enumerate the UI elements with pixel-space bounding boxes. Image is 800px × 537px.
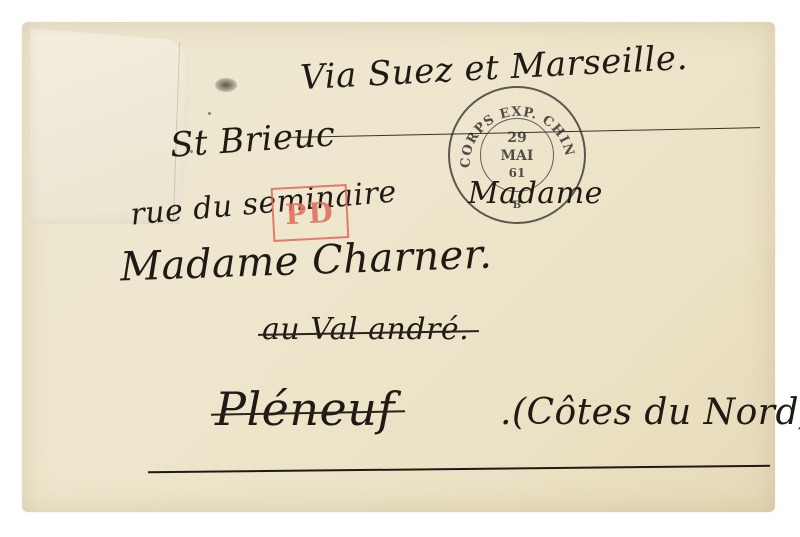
address-struck-val-andre: au Val andré. — [262, 312, 469, 347]
ink-speck — [208, 112, 211, 115]
address-department: .(Côtes du Nord) — [500, 392, 800, 433]
postmark-month: MAI — [480, 148, 554, 164]
ink-stain — [215, 78, 237, 92]
address-overwritten-madame: Madame — [468, 176, 603, 211]
address-struck-pleneuf: Pléneuf — [215, 382, 395, 436]
pd-mark: PD — [271, 184, 350, 242]
postmark-day: 29 — [480, 130, 554, 146]
